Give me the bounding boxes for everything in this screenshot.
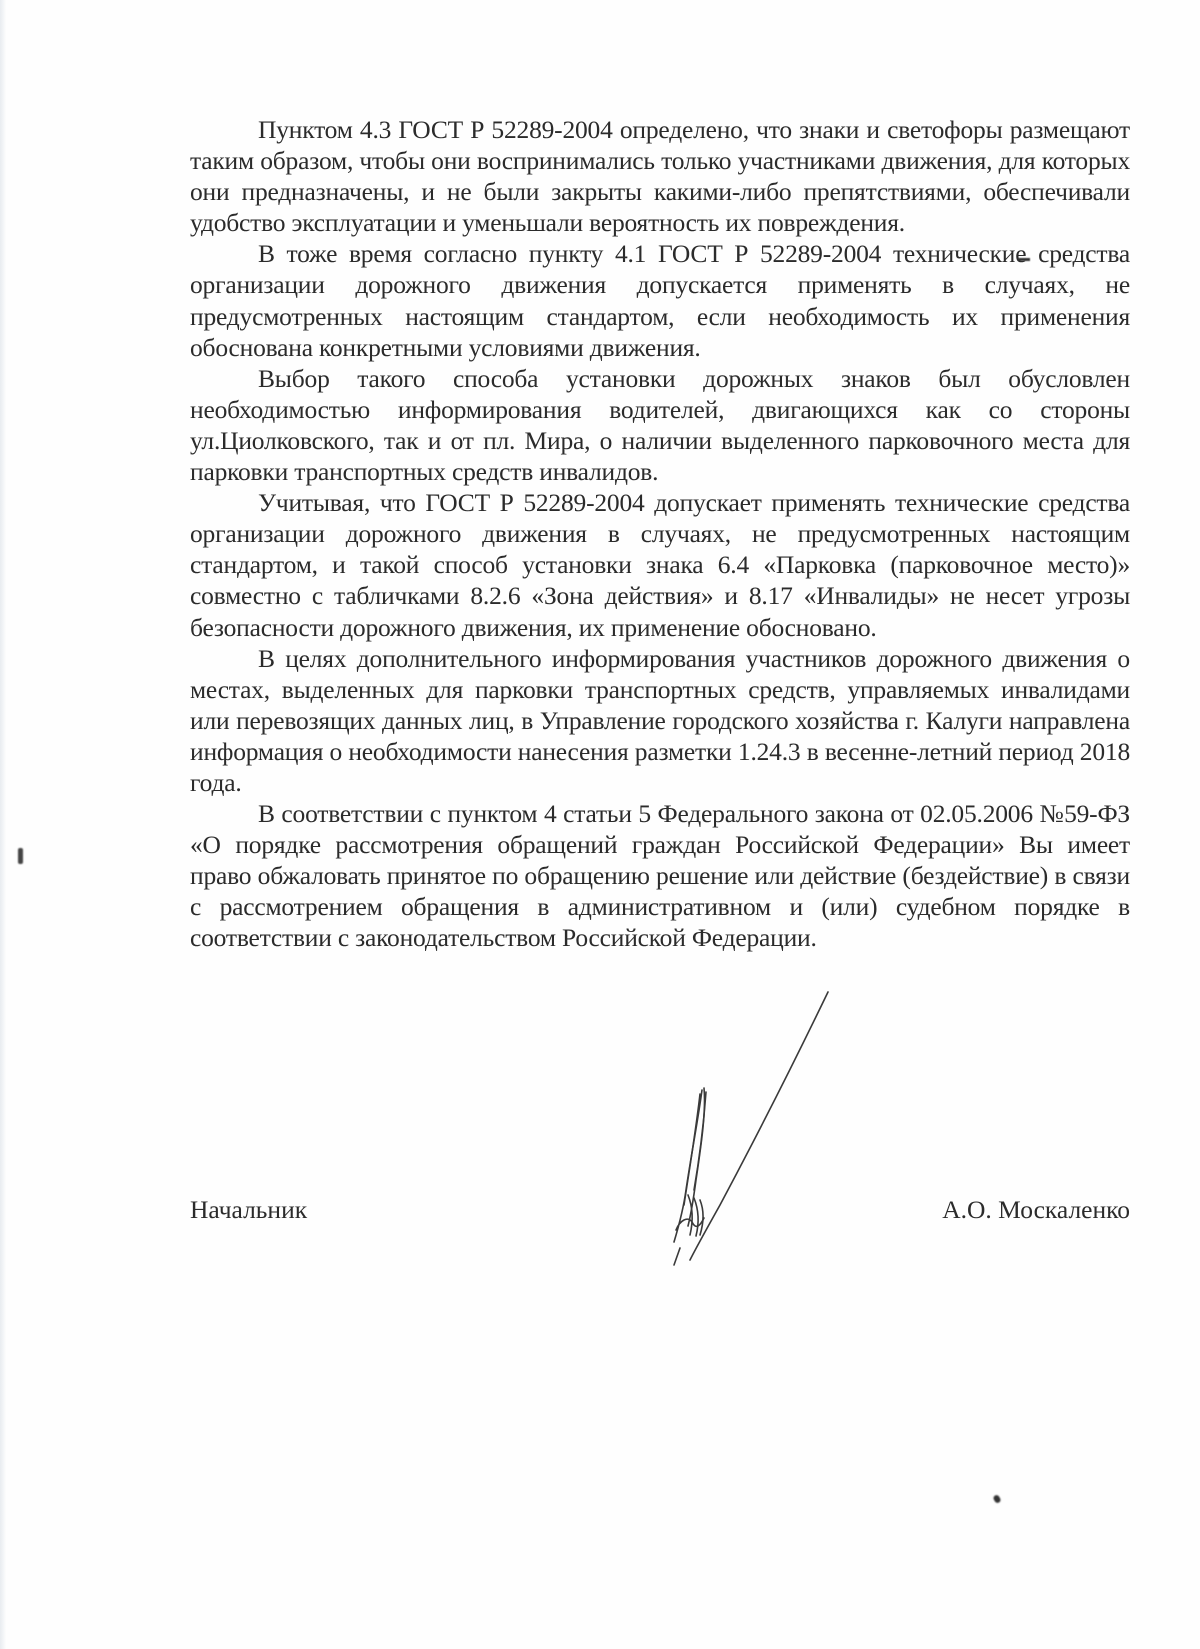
signer-position: Начальник: [190, 1195, 307, 1225]
paragraph-gost-4-3: Пунктом 4.3 ГОСТ Р 52289-2004 определено…: [190, 114, 1130, 238]
signature-block: Начальник А.О. Москаленко: [190, 1195, 1130, 1235]
signer-name: А.О. Москаленко: [942, 1195, 1130, 1225]
paragraph-sign-choice: Выбор такого способа установки дорожных …: [190, 363, 1130, 487]
scan-artifact-dot: [992, 1494, 1001, 1504]
scanned-page: Пунктом 4.3 ГОСТ Р 52289-2004 определено…: [0, 0, 1200, 1649]
scan-artifact-dash: [1018, 258, 1030, 261]
letter-body: Пунктом 4.3 ГОСТ Р 52289-2004 определено…: [190, 114, 1130, 954]
scan-artifact-margin: [18, 848, 23, 864]
paragraph-marking-request: В целях дополнительного информирования у…: [190, 643, 1130, 798]
paragraph-appeal-rights: В соответствии с пунктом 4 статьи 5 Феде…: [190, 798, 1130, 953]
page-edge-shadow: [0, 0, 6, 1649]
paragraph-justification: Учитывая, что ГОСТ Р 52289-2004 допускае…: [190, 487, 1130, 642]
paragraph-gost-4-1: В тоже время согласно пункту 4.1 ГОСТ Р …: [190, 238, 1130, 362]
